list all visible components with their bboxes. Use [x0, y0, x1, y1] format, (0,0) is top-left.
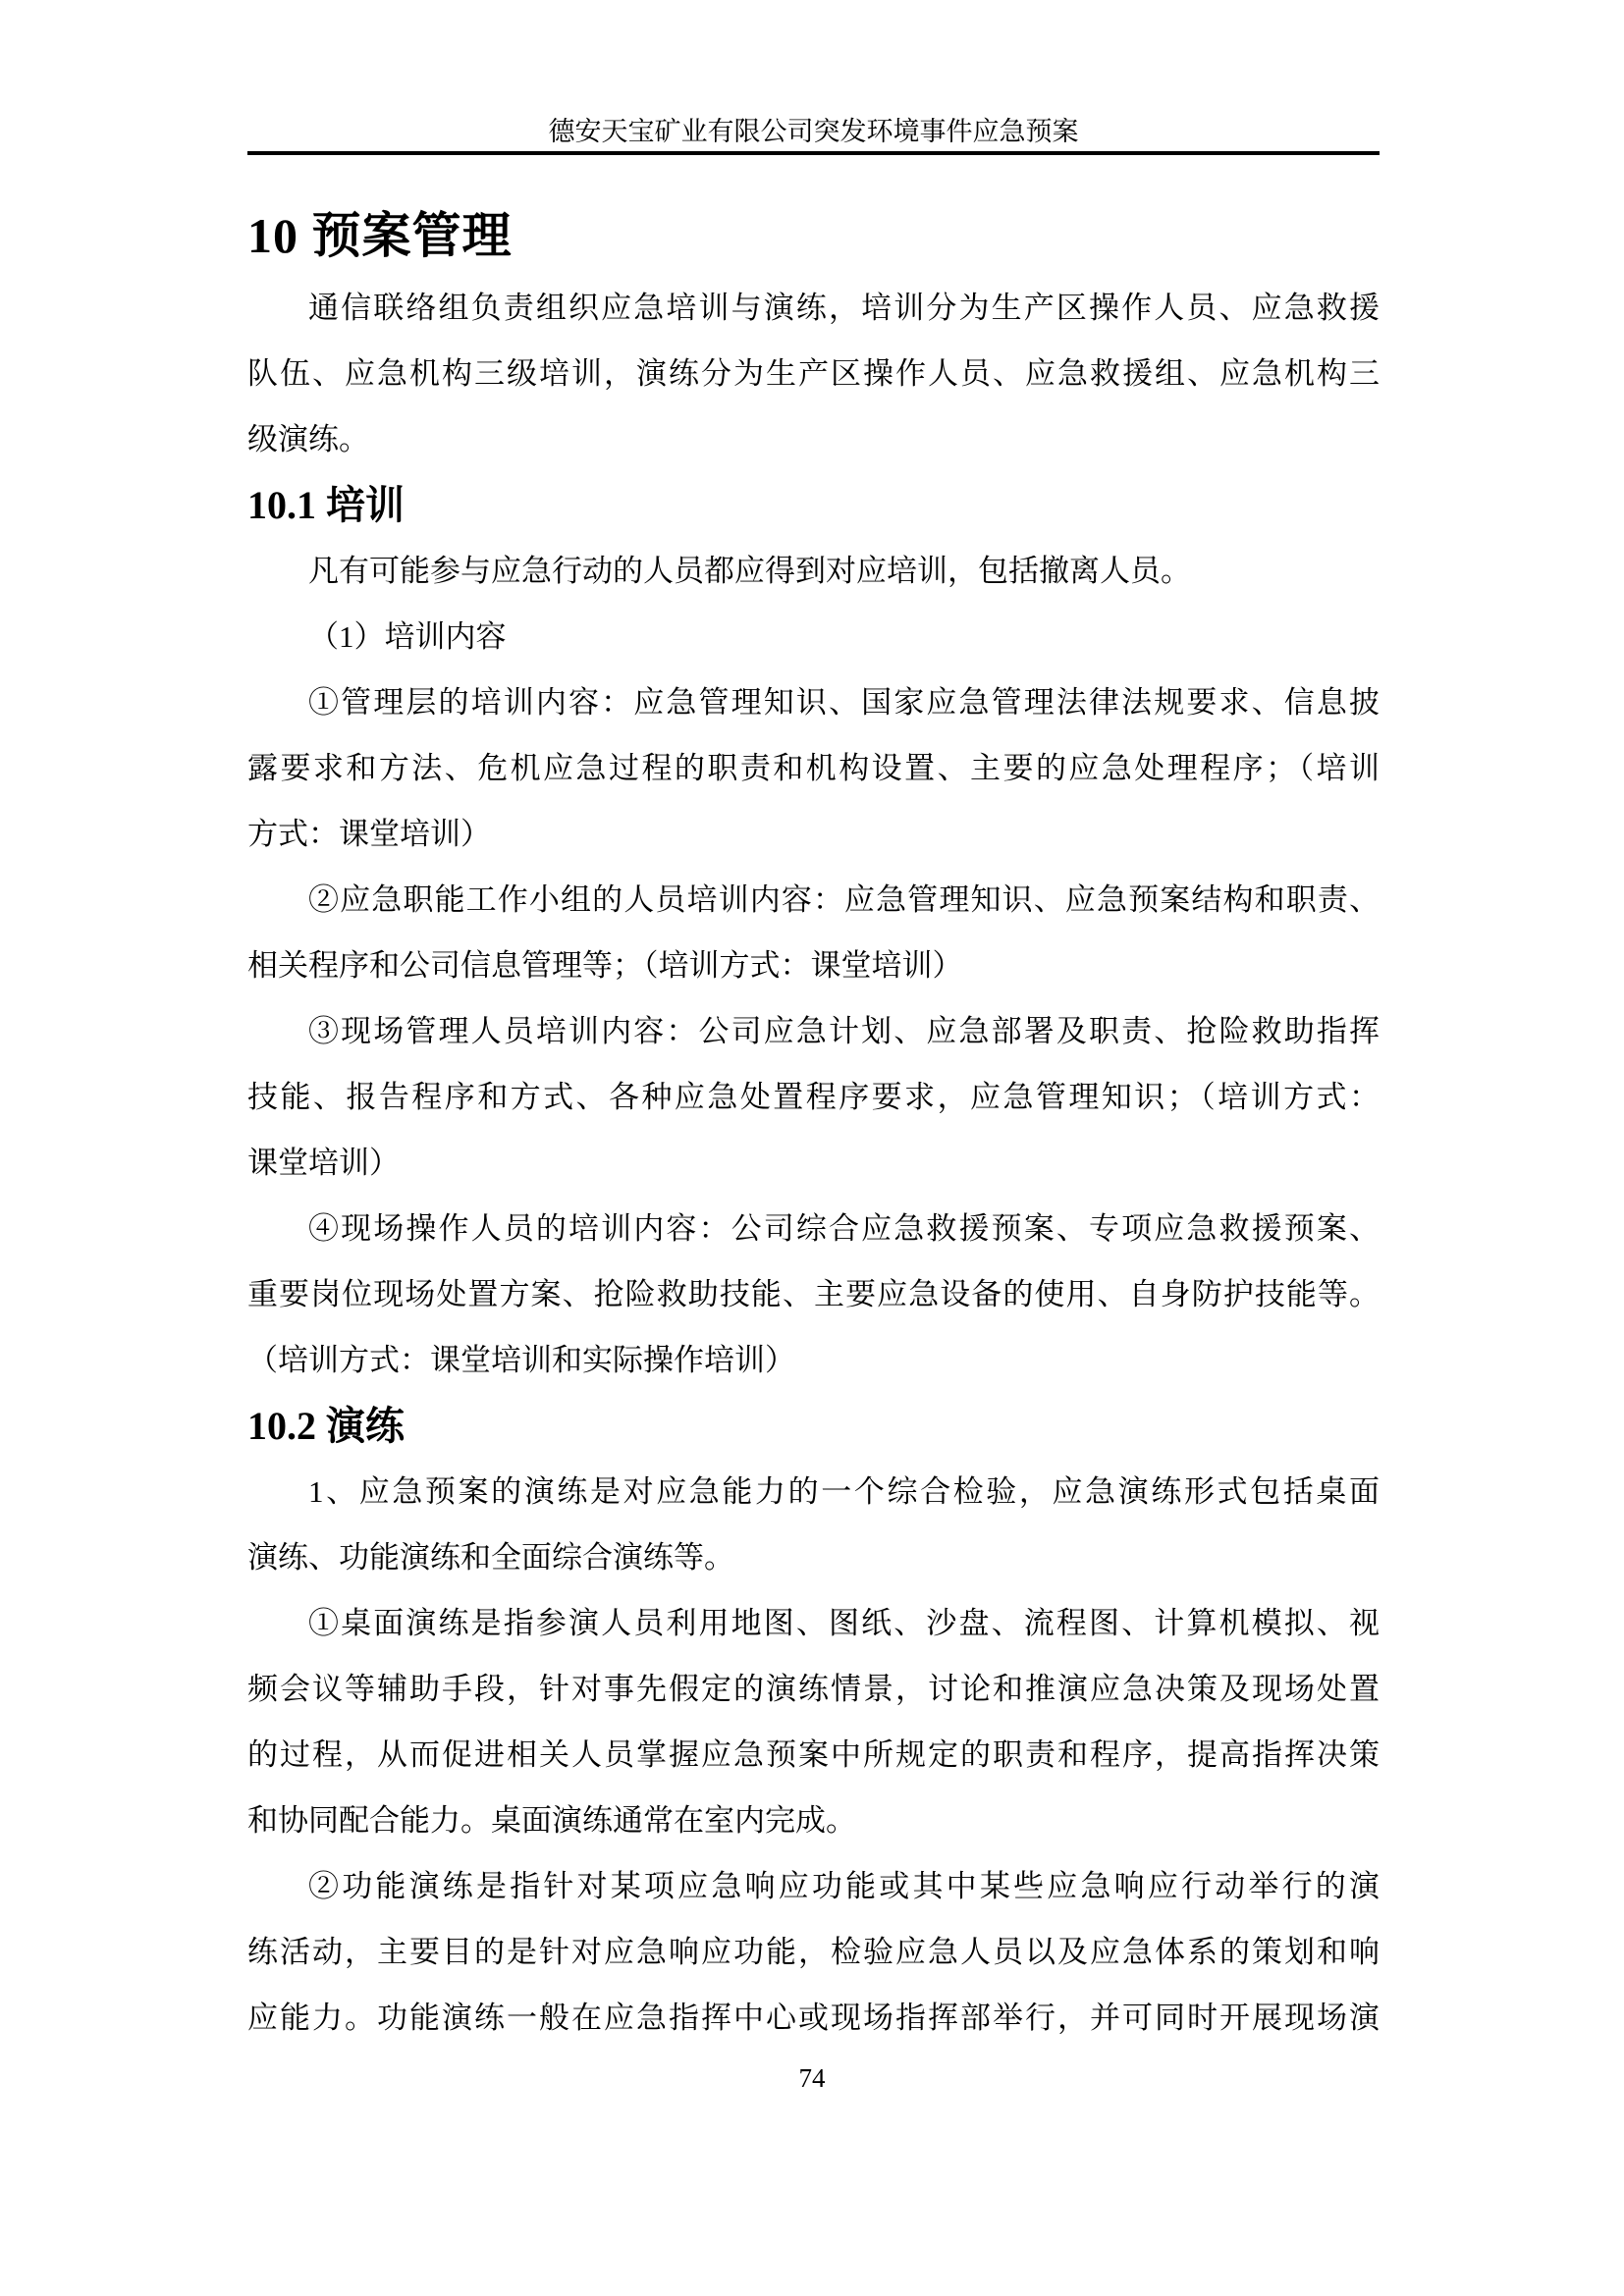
paragraph-line: 相关程序和公司信息管理等；（培训方式：课堂培训） — [247, 933, 1380, 998]
paragraph-line: ②应急职能工作小组的人员培训内容：应急管理知识、应急预案结构和职责、 — [247, 867, 1380, 933]
paragraph-line: 重要岗位现场处置方案、抢险救助技能、主要应急设备的使用、自身防护技能等。 — [247, 1261, 1380, 1327]
page-header: 德安天宝矿业有限公司突发环境事件应急预案 — [247, 115, 1380, 148]
document-page: 德安天宝矿业有限公司突发环境事件应急预案 10 预案管理通信联络组负责组织应急培… — [0, 0, 1624, 2296]
paragraph-line: 频会议等辅助手段，针对事先假定的演练情景，讨论和推演应急决策及现场处置 — [247, 1656, 1380, 1722]
paragraph-line: 课堂培训） — [247, 1130, 1380, 1196]
paragraph-line: （培训方式：课堂培训和实际操作培训） — [247, 1327, 1380, 1393]
chapter-heading: 10 预案管理 — [247, 205, 1380, 266]
paragraph-line: 级演练。 — [247, 406, 1380, 472]
paragraph-line: 1、应急预案的演练是对应急能力的一个综合检验，应急演练形式包括桌面 — [247, 1459, 1380, 1524]
header-title: 德安天宝矿业有限公司突发环境事件应急预案 — [549, 117, 1079, 146]
paragraph-line: 技能、报告程序和方式、各种应急处置程序要求，应急管理知识；（培训方式： — [247, 1064, 1380, 1130]
page-footer: 74 — [0, 2061, 1624, 2095]
paragraph-line: 露要求和方法、危机应急过程的职责和机构设置、主要的应急处理程序；（培训 — [247, 735, 1380, 801]
paragraph-line: ①管理层的培训内容：应急管理知识、国家应急管理法律法规要求、信息披 — [247, 669, 1380, 735]
paragraph-line: 凡有可能参与应急行动的人员都应得到对应培训，包括撤离人员。 — [247, 538, 1380, 604]
paragraph-line: 的过程，从而促进相关人员掌握应急预案中所规定的职责和程序，提高指挥决策 — [247, 1722, 1380, 1788]
header-rule — [247, 151, 1380, 155]
paragraph-line: ④现场操作人员的培训内容：公司综合应急救援预案、专项应急救援预案、 — [247, 1196, 1380, 1261]
paragraph-line: 方式：课堂培训） — [247, 801, 1380, 867]
paragraph-line: 和协同配合能力。桌面演练通常在室内完成。 — [247, 1788, 1380, 1853]
paragraph-line: 队伍、应急机构三级培训，演练分为生产区操作人员、应急救援组、应急机构三 — [247, 341, 1380, 406]
paragraph-line: ③现场管理人员培训内容：公司应急计划、应急部署及职责、抢险救助指挥 — [247, 998, 1380, 1064]
paragraph-line: 通信联络组负责组织应急培训与演练，培训分为生产区操作人员、应急救援 — [247, 275, 1380, 341]
paragraph-line: 应能力。功能演练一般在应急指挥中心或现场指挥部举行，并可同时开展现场演 — [247, 1985, 1380, 2051]
paragraph-line: 练活动，主要目的是针对应急响应功能，检验应急人员以及应急体系的策划和响 — [247, 1919, 1380, 1985]
document-content: 10 预案管理通信联络组负责组织应急培训与演练，培训分为生产区操作人员、应急救援… — [247, 205, 1380, 2051]
page-number: 74 — [799, 2063, 826, 2093]
paragraph-line: ①桌面演练是指参演人员利用地图、图纸、沙盘、流程图、计算机模拟、视 — [247, 1590, 1380, 1656]
paragraph-line: （1）培训内容 — [247, 604, 1380, 669]
section-heading: 10.2 演练 — [247, 1393, 1380, 1459]
section-heading: 10.1 培训 — [247, 472, 1380, 538]
paragraph-line: ②功能演练是指针对某项应急响应功能或其中某些应急响应行动举行的演 — [247, 1853, 1380, 1919]
paragraph-line: 演练、功能演练和全面综合演练等。 — [247, 1524, 1380, 1590]
